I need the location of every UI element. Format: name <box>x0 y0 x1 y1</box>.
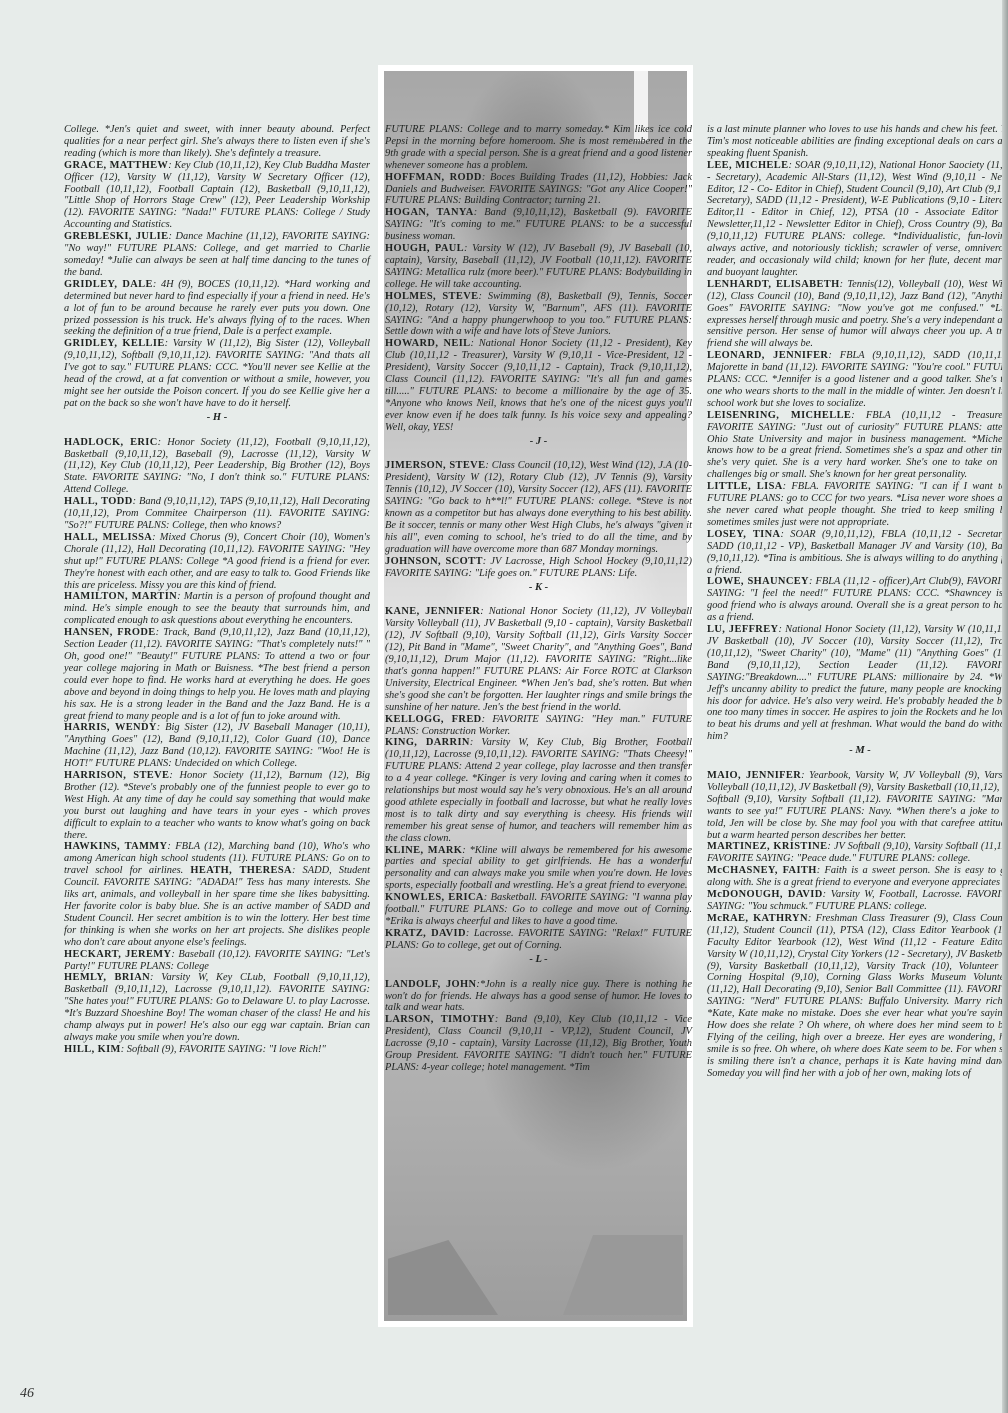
student-name: KING, DARRIN <box>385 737 470 748</box>
student-name: KELLOGG, FRED <box>385 714 482 725</box>
student-name: McCHASNEY, FAITH <box>707 865 817 876</box>
senior-entry: KING, DARRIN: Varsity W, Key Club, Big B… <box>385 737 692 844</box>
student-bio: College. *Jen's quiet and sweet, with in… <box>64 124 370 159</box>
senior-entry: LOWE, SHAUNCEY: FBLA (11,12 - officer),A… <box>707 576 1008 624</box>
student-name: HANSEN, FRODE <box>64 627 156 638</box>
student-name: HARRISON, STEVE <box>64 770 169 781</box>
student-name: KRATZ, DAVID <box>385 928 466 939</box>
senior-entry: LARSON, TIMOTHY: Band (9,10), Key Club (… <box>385 1014 692 1074</box>
senior-entry: McCHASNEY, FAITH: Faith is a sweet perso… <box>707 865 1008 889</box>
senior-entry: JIMERSON, STEVE: Class Council (10,12), … <box>385 460 692 555</box>
student-name: GRIDLEY, KELLIE <box>64 338 165 349</box>
section-letter: - L - <box>385 954 692 966</box>
senior-entry: HOGAN, TANYA: Band (9,10,11,12), Basketb… <box>385 207 692 243</box>
senior-entry: MAIO, JENNIFER: Yearbook, Varsity W, JV … <box>707 770 1008 841</box>
student-name: HAWKINS, TAMMY <box>64 841 167 852</box>
page-edge <box>1002 0 1008 1413</box>
student-name: McRAE, KATHRYN <box>707 913 808 924</box>
student-name: HARRIS, WENDY <box>64 722 157 733</box>
student-name: McDONOUGH, DAVID <box>707 889 823 900</box>
section-letter: - H - <box>64 412 370 424</box>
student-bio: is a last minute planner who loves to us… <box>707 124 1008 159</box>
student-name: HADLOCK, ERIC <box>64 437 158 448</box>
student-name: HOGAN, TANYA <box>385 207 474 218</box>
senior-entry: McDONOUGH, DAVID: Varsity W, Football, L… <box>707 889 1008 913</box>
section-letter: - K - <box>385 582 692 594</box>
senior-entry: KRATZ, DAVID: Lacrosse. FAVORITE SAYING:… <box>385 928 692 952</box>
senior-entry: HOUGH, PAUL: Varsity W (12), JV Baseball… <box>385 243 692 291</box>
senior-entry: HECKART, JEREMY: Baseball (10,12). FAVOR… <box>64 949 370 973</box>
senior-entry: McRAE, KATHRYN: Freshman Class Treasurer… <box>707 913 1008 1080</box>
senior-entry: HARRIS, WENDY: Big Sister (12), JV Baseb… <box>64 722 370 770</box>
senior-entry: LANDOLF, JOHN:*John is a really nice guy… <box>385 979 692 1015</box>
student-bio: : National Honor Society (11,12), Varsit… <box>707 624 1008 742</box>
student-bio: : Softball (9), FAVORITE SAYING: "I love… <box>121 1044 326 1055</box>
student-name: MARTINEZ, KRISTINE <box>707 841 827 852</box>
student-name: LANDOLF, JOHN <box>385 979 476 990</box>
student-name: LOWE, SHAUNCEY <box>707 576 809 587</box>
student-name: LOSEY, TINA <box>707 529 780 540</box>
student-name: HOWARD, NEIL <box>385 338 471 349</box>
senior-entry: GRIDLEY, DALE: 4H (9), BOCES (10,11,12).… <box>64 279 370 339</box>
student-name: GRACE, MATTHEW <box>64 160 168 171</box>
student-name: JOHNSON, SCOTT <box>385 556 483 567</box>
student-name: KLINE, MARK <box>385 845 462 856</box>
student-bio: : Varsity W, Key Club, Big Brother, Foot… <box>385 737 692 843</box>
student-name: JIMERSON, STEVE <box>385 460 485 471</box>
student-name: KANE, JENNIFER <box>385 606 480 617</box>
student-name: HALL, MELISSA <box>64 532 152 543</box>
senior-entry: HAWKINS, TAMMY: FBLA (12), Marching band… <box>64 841 370 948</box>
student-name: KNOWLES, ERICA <box>385 892 484 903</box>
senior-entry: HEMLY, BRIAN: Varsity W, Key CLub, Footb… <box>64 972 370 1043</box>
senior-entry: HAMILTON, MARTIN: Martin is a person of … <box>64 591 370 627</box>
senior-entry: GRACE, MATTHEW: Key Club (10,11,12), Key… <box>64 160 370 231</box>
student-name: GRIDLEY, DALE <box>64 279 153 290</box>
senior-entry: HALL, MELISSA: Mixed Chorus (9), Concert… <box>64 532 370 592</box>
student-name: HILL, KIM <box>64 1044 121 1055</box>
senior-entry: GRIDLEY, KELLIE: Varsity W (11,12), Big … <box>64 338 370 409</box>
student-name: GREBLESKI, JULIE <box>64 231 168 242</box>
student-bio: : SOAR (9,10,11,12), National Honor Saoc… <box>707 160 1008 278</box>
senior-entry: LENHARDT, ELISABETH: Tennis(12), Volleyb… <box>707 279 1008 350</box>
student-name: LU, JEFFREY <box>707 624 778 635</box>
senior-entry: HALL, TODD: Band (9,10,11,12), TAPS (9,1… <box>64 496 370 532</box>
senior-entry: LITTLE, LISA: FBLA. FAVORITE SAYING: "I … <box>707 481 1008 529</box>
student-name: HOUGH, PAUL <box>385 243 464 254</box>
page-number: 46 <box>20 1386 34 1402</box>
senior-entry: is a last minute planner who loves to us… <box>707 124 1008 160</box>
senior-entry: LEE, MICHELE: SOAR (9,10,11,12), Nationa… <box>707 160 1008 279</box>
senior-entry: KANE, JENNIFER: National Honor Society (… <box>385 606 692 713</box>
senior-entry: LEISENRING, MICHELLE: FBLA (10,11,12 - T… <box>707 410 1008 481</box>
senior-entry: LU, JEFFREY: National Honor Society (11,… <box>707 624 1008 743</box>
student-name: HEATH, THERESA <box>190 865 292 876</box>
photo-shoulder-left <box>388 1240 498 1315</box>
senior-entry: KLINE, MARK: *Kline will always be remem… <box>385 845 692 893</box>
student-name: HOLMES, STEVE <box>385 291 478 302</box>
senior-entry: HADLOCK, ERIC: Honor Society (11,12), Fo… <box>64 437 370 497</box>
senior-entry: HARRISON, STEVE: Honor Society (11,12), … <box>64 770 370 841</box>
senior-entry: LEONARD, JENNIFER: FBLA (9,10,11,12), SA… <box>707 350 1008 410</box>
section-letter: - J - <box>385 436 692 448</box>
student-bio: : National Honor Society (11,12 - Presid… <box>385 338 692 432</box>
student-bio: : Track, Band (9,10,11,12), Jazz Band (1… <box>64 627 370 721</box>
senior-entry: HILL, KIM: Softball (9), FAVORITE SAYING… <box>64 1044 370 1056</box>
senior-entry: KELLOGG, FRED: FAVORITE SAYING: "Hey man… <box>385 714 692 738</box>
student-bio: : Class Council (10,12), West Wind (12),… <box>385 460 692 554</box>
student-name: LARSON, TIMOTHY <box>385 1014 495 1025</box>
student-name: HOFFMAN, RODD <box>385 172 482 183</box>
photo-shoulder-right <box>563 1235 683 1315</box>
senior-entry: College. *Jen's quiet and sweet, with in… <box>64 124 370 160</box>
senior-entry: HOLMES, STEVE: Swimming (8), Basketball … <box>385 291 692 339</box>
section-letter: - M - <box>707 745 1008 757</box>
student-name: LEISENRING, MICHELLE <box>707 410 851 421</box>
student-name: LEONARD, JENNIFER <box>707 350 828 361</box>
student-bio: : SADD, Student Council. FAVORITE SAYING… <box>64 865 370 947</box>
student-name: LENHARDT, ELISABETH <box>707 279 840 290</box>
senior-entry: HANSEN, FRODE: Track, Band (9,10,11,12),… <box>64 627 370 722</box>
column-center: FUTURE PLANS: College and to marry somed… <box>385 124 692 1074</box>
senior-entry: JOHNSON, SCOTT: JV Lacrosse, High School… <box>385 556 692 580</box>
student-name: HAMILTON, MARTIN <box>64 591 177 602</box>
column-right: is a last minute planner who loves to us… <box>707 124 1008 1080</box>
senior-entry: HOWARD, NEIL: National Honor Society (11… <box>385 338 692 433</box>
student-bio: : Freshman Class Treasurer (9), Class Co… <box>707 913 1008 1079</box>
student-name: MAIO, JENNIFER <box>707 770 801 781</box>
student-bio: FUTURE PLANS: College and to marry somed… <box>385 124 692 171</box>
senior-entry: HOFFMAN, RODD: Boces Building Trades (11… <box>385 172 692 208</box>
senior-entry: GREBLESKI, JULIE: Dance Machine (11,12),… <box>64 231 370 279</box>
student-name: LEE, MICHELE <box>707 160 788 171</box>
senior-entry: KNOWLES, ERICA: Basketball. FAVORITE SAY… <box>385 892 692 928</box>
senior-entry: FUTURE PLANS: College and to marry somed… <box>385 124 692 172</box>
senior-entry: MARTINEZ, KRISTINE: JV Softball (9,10), … <box>707 841 1008 865</box>
column-left: College. *Jen's quiet and sweet, with in… <box>64 124 370 1056</box>
senior-entry: LOSEY, TINA: SOAR (9,10,11,12), FBLA (10… <box>707 529 1008 577</box>
student-name: LITTLE, LISA <box>707 481 783 492</box>
student-name: HEMLY, BRIAN <box>64 972 150 983</box>
student-name: HALL, TODD <box>64 496 133 507</box>
student-name: HECKART, JEREMY <box>64 949 171 960</box>
student-bio: : National Honor Society (11,12), JV Vol… <box>385 606 692 712</box>
